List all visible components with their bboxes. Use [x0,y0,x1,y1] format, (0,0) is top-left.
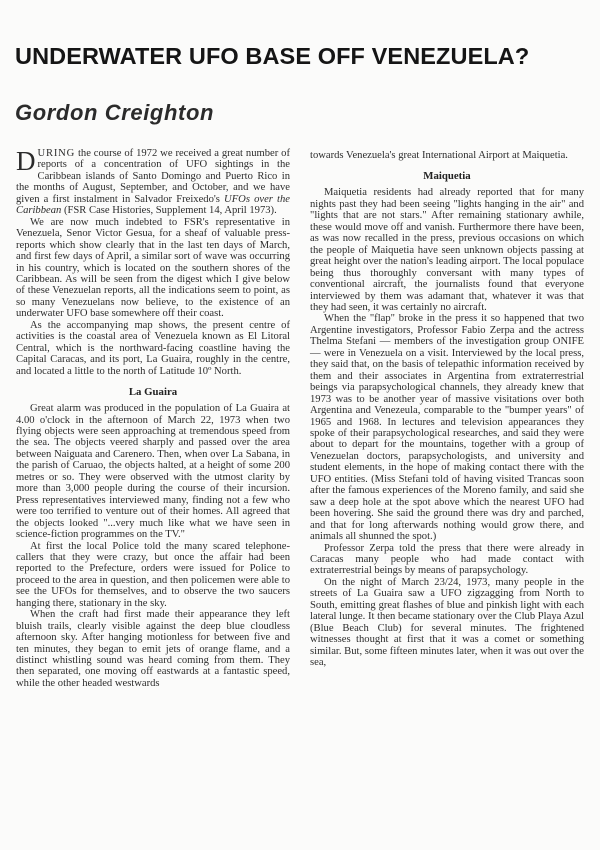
section-heading-la-guaira: La Guaira [16,386,290,398]
body-paragraph: Great alarm was produced in the populati… [16,403,290,540]
intro-text-end: (FSR Case Histories, Supplement 14, Apri… [61,205,276,216]
body-paragraph: We are now much indebted to FSR's repres… [16,217,290,320]
intro-paragraph: DURING the course of 1972 we received a … [16,148,290,217]
left-column: DURING the course of 1972 we received a … [16,148,290,689]
body-paragraph: Professor Zerpa told the press that ther… [310,543,584,577]
intro-first-word: URING [38,148,76,159]
body-paragraph: Maiquetia residents had already reported… [310,187,584,313]
body-paragraph: When the "flap" broke in the press it so… [310,313,584,542]
document-page: UNDERWATER UFO BASE OFF VENEZUELA? Gordo… [0,0,600,850]
article-author: Gordon Creighton [15,100,214,126]
body-paragraph: At first the local Police told the many … [16,541,290,610]
section-heading-maiquetia: Maiquetia [310,170,584,182]
right-column: towards Venezuela's great International … [310,150,584,668]
drop-cap: D [16,150,36,172]
body-paragraph: When the craft had first made their appe… [16,609,290,689]
article-title: UNDERWATER UFO BASE OFF VENEZUELA? [15,44,575,68]
body-paragraph: As the accompanying map shows, the prese… [16,320,290,377]
body-paragraph: On the night of March 23/24, 1973, many … [310,577,584,669]
continuation-paragraph: towards Venezuela's great International … [310,150,584,161]
